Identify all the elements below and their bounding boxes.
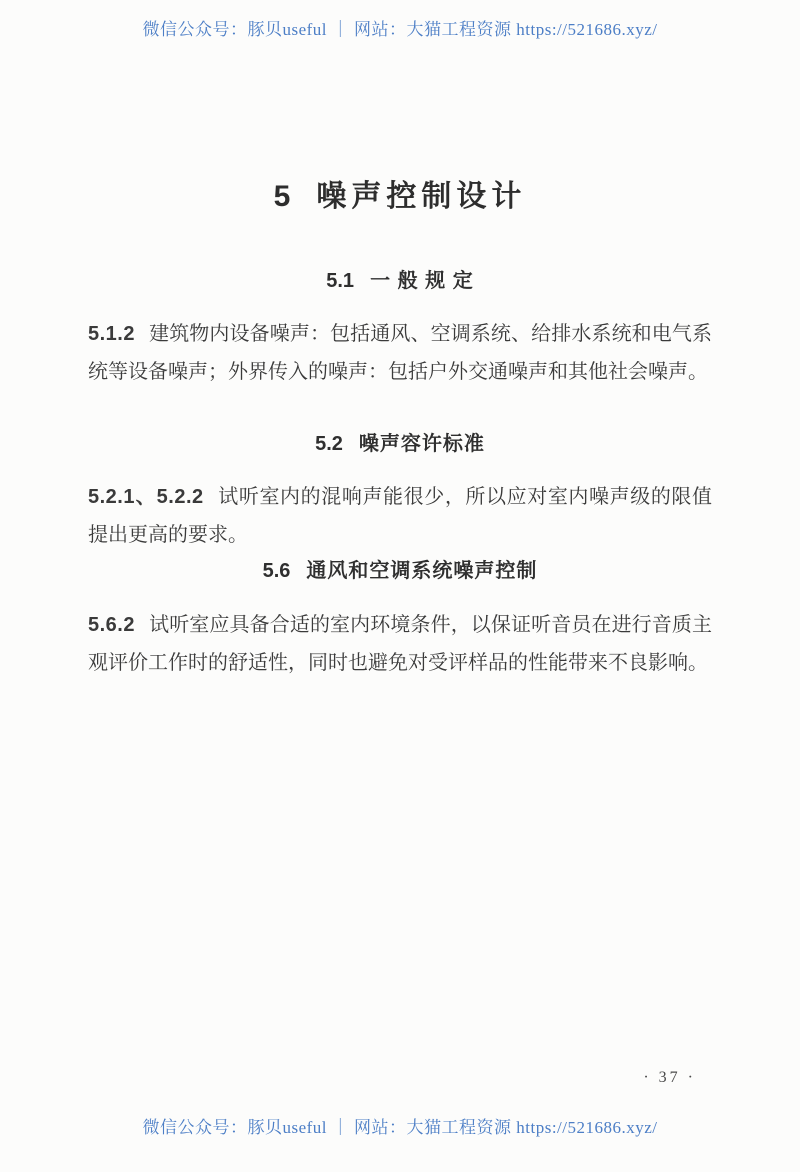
chapter-title-text: 噪声控制设计 [316, 180, 526, 213]
paragraph-5-1-2: 5.1.2建筑物内设备噪声：包括通风、空调系统、给排水系统和电气系统等设备噪声；… [88, 315, 712, 391]
clause-text: 建筑物内设备噪声：包括通风、空调系统、给排水系统和电气系统等设备噪声；外界传入的… [88, 323, 712, 383]
section-title-text: 通风和空调系统噪声控制 [306, 560, 537, 582]
section-heading-5-2: 5.2噪声容许标准 [0, 429, 800, 459]
paragraph-5-6-2: 5.6.2试听室应具备合适的室内环境条件，以保证听音员在进行音质主观评价工作时的… [88, 606, 712, 682]
page-number: · 37 · [643, 1068, 696, 1088]
section-heading-5-6: 5.6通风和空调系统噪声控制 [0, 556, 800, 586]
chapter-number: 5 [274, 180, 291, 213]
section-number: 5.1 [326, 270, 354, 292]
clause-number: 5.1.2 [88, 323, 135, 345]
clause-number: 5.6.2 [88, 614, 135, 636]
watermark-bottom: 微信公众号：豚贝useful ｜ 网站：大猫工程资源 https://52168… [0, 1116, 800, 1140]
document-page: 微信公众号：豚贝useful ｜ 网站：大猫工程资源 https://52168… [0, 0, 800, 1172]
paragraph-5-2-1: 5.2.1、5.2.2试听室内的混响声能很少，所以应对室内噪声级的限值提出更高的… [88, 478, 712, 554]
clause-text: 试听室应具备合适的室内环境条件，以保证听音员在进行音质主观评价工作时的舒适性，同… [88, 614, 712, 674]
section-title-text: 一 般 规 定 [370, 270, 474, 292]
chapter-title: 5噪声控制设计 [0, 177, 800, 217]
section-title-text: 噪声容许标准 [359, 433, 485, 455]
clause-number: 5.2.1、5.2.2 [88, 486, 204, 508]
section-number: 5.2 [315, 433, 343, 455]
section-number: 5.6 [263, 560, 291, 582]
watermark-top: 微信公众号：豚贝useful ｜ 网站：大猫工程资源 https://52168… [0, 18, 800, 42]
section-heading-5-1: 5.1一 般 规 定 [0, 266, 800, 296]
